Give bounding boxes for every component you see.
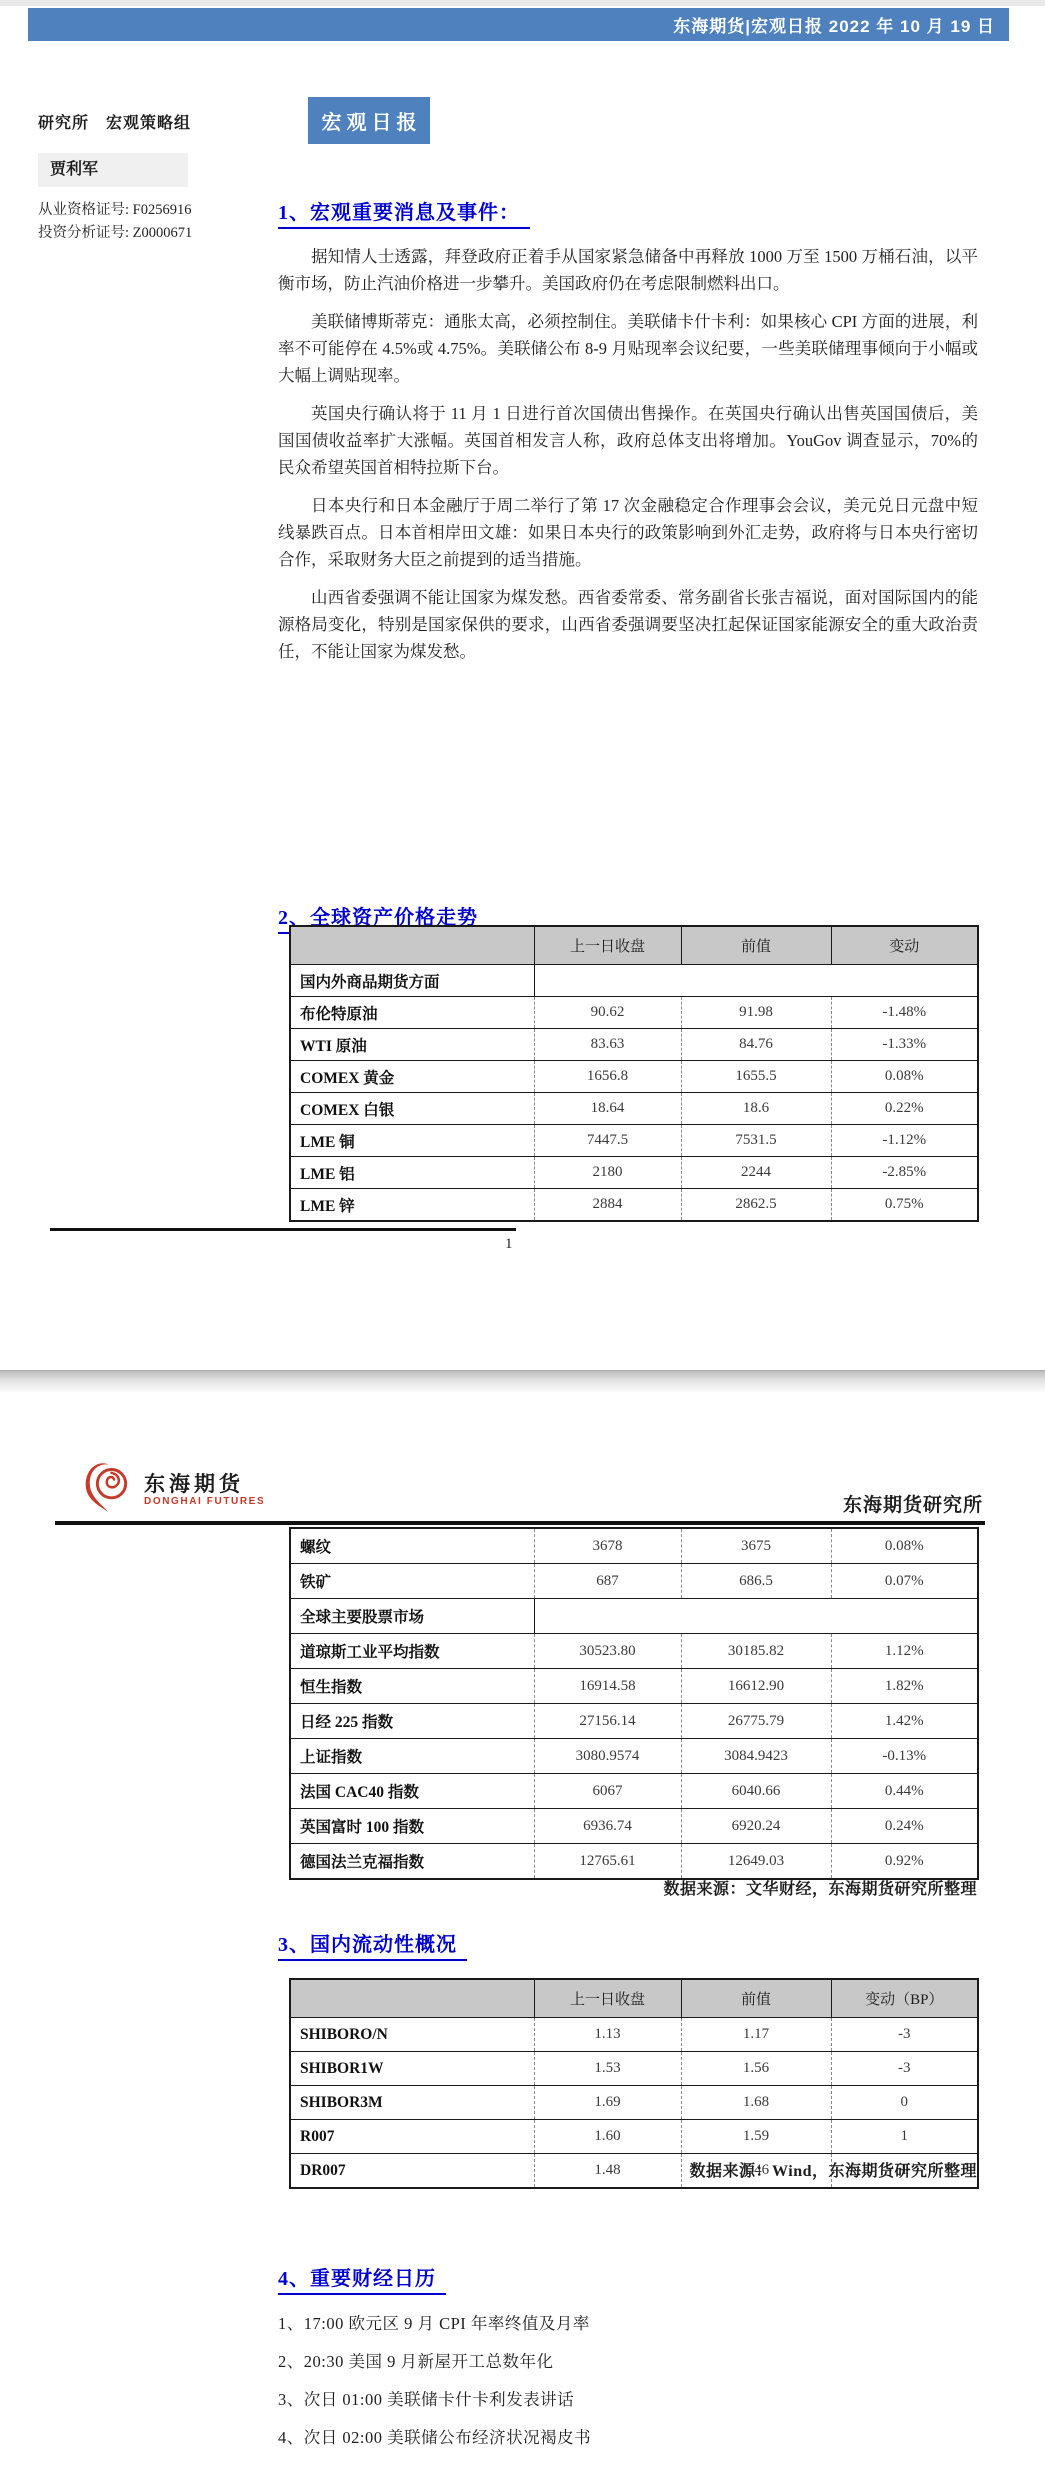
value-cell: 1655.5 xyxy=(681,1061,831,1093)
economic-calendar-list: 1、17:00 欧元区 9 月 CPI 年率终值及月率2、20:30 美国 9 … xyxy=(278,2305,978,2457)
table-row: 螺纹367836750.08% xyxy=(290,1528,978,1564)
row-label-cell: 螺纹 xyxy=(290,1528,534,1564)
report-header-title: 东海期货|宏观日报 2022 年 10 月 19 日 xyxy=(673,12,995,37)
report-header-bar: 东海期货|宏观日报 2022 年 10 月 19 日 xyxy=(28,8,1009,41)
value-cell: -1.33% xyxy=(831,1029,978,1061)
macro-news-body: 据知情人士透露，拜登政府正着手从国家紧急储备中再释放 1000 万至 1500 … xyxy=(278,243,978,676)
value-cell: 6040.66 xyxy=(681,1774,831,1809)
page-separator xyxy=(0,1370,1045,1392)
value-cell: 6067 xyxy=(534,1774,681,1809)
value-cell: 1656.8 xyxy=(534,1061,681,1093)
analyst-name: 贾利军 xyxy=(38,153,188,187)
table-row: WTI 原油83.6384.76-1.33% xyxy=(290,1029,978,1061)
value-cell: 16914.58 xyxy=(534,1669,681,1704)
column-header: 变动（BP） xyxy=(831,1979,978,2018)
row-label-cell: 国内外商品期货方面 xyxy=(290,965,534,997)
row-label-cell: 英国富时 100 指数 xyxy=(290,1809,534,1844)
value-cell: 27156.14 xyxy=(534,1704,681,1739)
global-asset-table-wrap: 上一日收盘前值变动 国内外商品期货方面布伦特原油90.6291.98-1.48%… xyxy=(289,925,979,1222)
column-header xyxy=(290,926,534,965)
author-sidebar: 研究所 宏观策略组 贾利军 从业资格证号: F0256916 投资分析证号: Z… xyxy=(38,110,250,245)
logo-text-en: DONGHAI FUTURES xyxy=(144,1496,265,1507)
report-type-badge: 宏观日报 xyxy=(308,97,430,144)
row-label-cell: 道琼斯工业平均指数 xyxy=(290,1634,534,1669)
value-cell: 1.48 xyxy=(534,2154,681,2189)
column-header: 前值 xyxy=(681,926,831,965)
page2-header-rule xyxy=(55,1521,985,1525)
news-paragraph: 山西省委强调不能让国家为煤发愁。西省委常委、常务副省长张吉福说，面对国际国内的能… xyxy=(278,584,978,665)
value-cell: 0.24% xyxy=(831,1809,978,1844)
analyst-name-box: 贾利军 xyxy=(38,153,188,187)
news-paragraph: 日本央行和日本金融厅于周二举行了第 17 次金融稳定合作理事会会议，美元兑日元盘… xyxy=(278,492,978,573)
table-row: LME 铜7447.57531.5-1.12% xyxy=(290,1125,978,1157)
value-cell: 0.92% xyxy=(831,1844,978,1880)
row-label-cell: LME 铝 xyxy=(290,1157,534,1189)
value-cell: 12765.61 xyxy=(534,1844,681,1880)
row-label-cell: COMEX 黄金 xyxy=(290,1061,534,1093)
calendar-item: 2、20:30 美国 9 月新屋开工总数年化 xyxy=(278,2343,978,2381)
value-cell: 16612.90 xyxy=(681,1669,831,1704)
analyst-certs: 从业资格证号: F0256916 投资分析证号: Z0000671 xyxy=(38,199,250,245)
data-source-note-1: 数据来源：文华财经，东海期货研究所整理 xyxy=(663,1876,977,1899)
value-cell: 0.75% xyxy=(831,1189,978,1222)
value-cell: 18.6 xyxy=(681,1093,831,1125)
value-cell: 1.69 xyxy=(534,2086,681,2120)
value-cell: 1.59 xyxy=(681,2120,831,2154)
row-label-cell: DR007 xyxy=(290,2154,534,2189)
global-asset-table: 上一日收盘前值变动 国内外商品期货方面布伦特原油90.6291.98-1.48%… xyxy=(289,925,979,1222)
row-label-cell: SHIBOR3M xyxy=(290,2086,534,2120)
value-cell: 1.60 xyxy=(534,2120,681,2154)
calendar-item: 4、次日 02:00 美联储公布经济状况褐皮书 xyxy=(278,2419,978,2457)
analysis-cert-number: 投资分析证号: Z0000671 xyxy=(38,222,250,245)
row-label-cell: COMEX 白银 xyxy=(290,1093,534,1125)
table-row: 布伦特原油90.6291.98-1.48% xyxy=(290,997,978,1029)
value-cell: -3 xyxy=(831,2018,978,2052)
table-row: COMEX 黄金1656.81655.50.08% xyxy=(290,1061,978,1093)
table-row: 日经 225 指数27156.1426775.791.42% xyxy=(290,1704,978,1739)
value-cell: 3084.9423 xyxy=(681,1739,831,1774)
data-source-note-2: 数据来源：Wind，东海期货研究所整理 xyxy=(690,2158,977,2181)
news-paragraph: 英国央行确认将于 11 月 1 日进行首次国债出售操作。在英国央行确认出售英国国… xyxy=(278,400,978,481)
table-row: 铁矿687686.50.07% xyxy=(290,1564,978,1599)
value-cell: 0.08% xyxy=(831,1528,978,1564)
value-cell: 686.5 xyxy=(681,1564,831,1599)
value-cell: 83.63 xyxy=(534,1029,681,1061)
value-cell: 2862.5 xyxy=(681,1189,831,1222)
value-cell: -1.48% xyxy=(831,997,978,1029)
table-row: R0071.601.591 xyxy=(290,2120,978,2154)
page1-footer-rule xyxy=(50,1228,516,1231)
row-label-cell: 全球主要股票市场 xyxy=(290,1599,534,1634)
value-cell: 2244 xyxy=(681,1157,831,1189)
calendar-item: 3、次日 01:00 美联储卡什卡利发表讲话 xyxy=(278,2381,978,2419)
news-paragraph: 美联储博斯蒂克：通胀太高，必须控制住。美联储卡什卡利：如果核心 CPI 方面的进… xyxy=(278,308,978,389)
value-cell: 18.64 xyxy=(534,1093,681,1125)
table-row: 英国富时 100 指数6936.746920.240.24% xyxy=(290,1809,978,1844)
calendar-item: 1、17:00 欧元区 9 月 CPI 年率终值及月率 xyxy=(278,2305,978,2343)
value-cell: 0.44% xyxy=(831,1774,978,1809)
global-asset-table-continued: 螺纹367836750.08%铁矿687686.50.07%全球主要股票市场道琼… xyxy=(289,1527,979,1880)
qualification-number: 从业资格证号: F0256916 xyxy=(38,199,250,222)
value-cell: 1.17 xyxy=(681,2018,831,2052)
row-label-cell: 法国 CAC40 指数 xyxy=(290,1774,534,1809)
row-label-cell: 恒生指数 xyxy=(290,1669,534,1704)
value-cell: 2884 xyxy=(534,1189,681,1222)
table-row: SHIBOR1W1.531.56-3 xyxy=(290,2052,978,2086)
value-cell: 0.08% xyxy=(831,1061,978,1093)
value-cell: -1.12% xyxy=(831,1125,978,1157)
value-cell: 3675 xyxy=(681,1528,831,1564)
value-cell: 2180 xyxy=(534,1157,681,1189)
company-logo: 东海期货 DONGHAI FUTURES xyxy=(84,1458,265,1521)
row-label-cell: 日经 225 指数 xyxy=(290,1704,534,1739)
value-cell: 26775.79 xyxy=(681,1704,831,1739)
value-cell: -0.13% xyxy=(831,1739,978,1774)
value-cell: 7447.5 xyxy=(534,1125,681,1157)
table-row: LME 铝21802244-2.85% xyxy=(290,1157,978,1189)
table-row: 德国法兰克福指数12765.6112649.030.92% xyxy=(290,1844,978,1880)
column-header: 上一日收盘 xyxy=(534,926,681,965)
table-header-row: 上一日收盘前值变动 xyxy=(290,926,978,965)
institute-name: 东海期货研究所 xyxy=(843,1490,983,1517)
row-label-cell: 铁矿 xyxy=(290,1564,534,1599)
row-label-cell: 上证指数 xyxy=(290,1739,534,1774)
table-row: 恒生指数16914.5816612.901.82% xyxy=(290,1669,978,1704)
value-cell: -2.85% xyxy=(831,1157,978,1189)
value-cell: 6920.24 xyxy=(681,1809,831,1844)
value-cell: 1.13 xyxy=(534,2018,681,2052)
value-cell: 3678 xyxy=(534,1528,681,1564)
column-header: 前值 xyxy=(681,1979,831,2018)
value-cell: 0.22% xyxy=(831,1093,978,1125)
column-header xyxy=(290,1979,534,2018)
table-row: 道琼斯工业平均指数30523.8030185.821.12% xyxy=(290,1634,978,1669)
row-label-cell: R007 xyxy=(290,2120,534,2154)
value-cell: -3 xyxy=(831,2052,978,2086)
value-cell: 0.07% xyxy=(831,1564,978,1599)
report-type-badge-label: 宏观日报 xyxy=(317,106,422,135)
page-number: 1 xyxy=(505,1236,513,1253)
page-top-strip xyxy=(0,0,1045,6)
table-row: SHIBOR3M1.691.680 xyxy=(290,2086,978,2120)
section-4-title: 4、重要财经日历 xyxy=(278,2262,446,2295)
table-row: SHIBORO/N1.131.17-3 xyxy=(290,2018,978,2052)
row-label-cell: SHIBOR1W xyxy=(290,2052,534,2086)
row-label-cell: 布伦特原油 xyxy=(290,997,534,1029)
section-1-title: 1、宏观重要消息及事件： xyxy=(278,196,530,229)
column-header: 上一日收盘 xyxy=(534,1979,681,2018)
news-paragraph: 据知情人士透露，拜登政府正着手从国家紧急储备中再释放 1000 万至 1500 … xyxy=(278,243,978,297)
value-cell: 1.56 xyxy=(681,2052,831,2086)
global-asset-table-continued-wrap: 螺纹367836750.08%铁矿687686.50.07%全球主要股票市场道琼… xyxy=(289,1527,979,1880)
value-cell: 687 xyxy=(534,1564,681,1599)
table-section-row: 全球主要股票市场 xyxy=(290,1599,978,1634)
logo-text-cn: 东海期货 xyxy=(144,1472,265,1496)
table-section-row: 国内外商品期货方面 xyxy=(290,965,978,997)
value-cell: 6936.74 xyxy=(534,1809,681,1844)
table-row: COMEX 白银18.6418.60.22% xyxy=(290,1093,978,1125)
value-cell: 91.98 xyxy=(681,997,831,1029)
section-1-heading: 1、宏观重要消息及事件： xyxy=(278,196,530,229)
empty-merged-cell xyxy=(534,965,978,997)
value-cell: 1.53 xyxy=(534,2052,681,2086)
value-cell: 1.42% xyxy=(831,1704,978,1739)
row-label-cell: WTI 原油 xyxy=(290,1029,534,1061)
value-cell: 90.62 xyxy=(534,997,681,1029)
value-cell: 1 xyxy=(831,2120,978,2154)
table-row: LME 锌28842862.50.75% xyxy=(290,1189,978,1222)
empty-merged-cell xyxy=(534,1599,978,1634)
section-3-title: 3、国内流动性概况 xyxy=(278,1928,467,1961)
value-cell: 84.76 xyxy=(681,1029,831,1061)
section-4-heading: 4、重要财经日历 xyxy=(278,2262,446,2295)
value-cell: 30523.80 xyxy=(534,1634,681,1669)
row-label-cell: 德国法兰克福指数 xyxy=(290,1844,534,1880)
value-cell: 7531.5 xyxy=(681,1125,831,1157)
value-cell: 12649.03 xyxy=(681,1844,831,1880)
column-header: 变动 xyxy=(831,926,978,965)
value-cell: 3080.9574 xyxy=(534,1739,681,1774)
value-cell: 1.68 xyxy=(681,2086,831,2120)
value-cell: 1.12% xyxy=(831,1634,978,1669)
value-cell: 1.82% xyxy=(831,1669,978,1704)
value-cell: 30185.82 xyxy=(681,1634,831,1669)
row-label-cell: SHIBORO/N xyxy=(290,2018,534,2052)
table-header-row: 上一日收盘前值变动（BP） xyxy=(290,1979,978,2018)
section-3-heading: 3、国内流动性概况 xyxy=(278,1928,467,1961)
report-page: 东海期货|宏观日报 2022 年 10 月 19 日 研究所 宏观策略组 贾利军… xyxy=(0,0,1045,2473)
row-label-cell: LME 锌 xyxy=(290,1189,534,1222)
donghai-logo-icon xyxy=(84,1458,134,1521)
logo-text-block: 东海期货 DONGHAI FUTURES xyxy=(144,1472,265,1507)
value-cell: 0 xyxy=(831,2086,978,2120)
research-group-label: 研究所 宏观策略组 xyxy=(38,110,250,133)
table-row: 法国 CAC40 指数60676040.660.44% xyxy=(290,1774,978,1809)
row-label-cell: LME 铜 xyxy=(290,1125,534,1157)
table-row: 上证指数3080.95743084.9423-0.13% xyxy=(290,1739,978,1774)
